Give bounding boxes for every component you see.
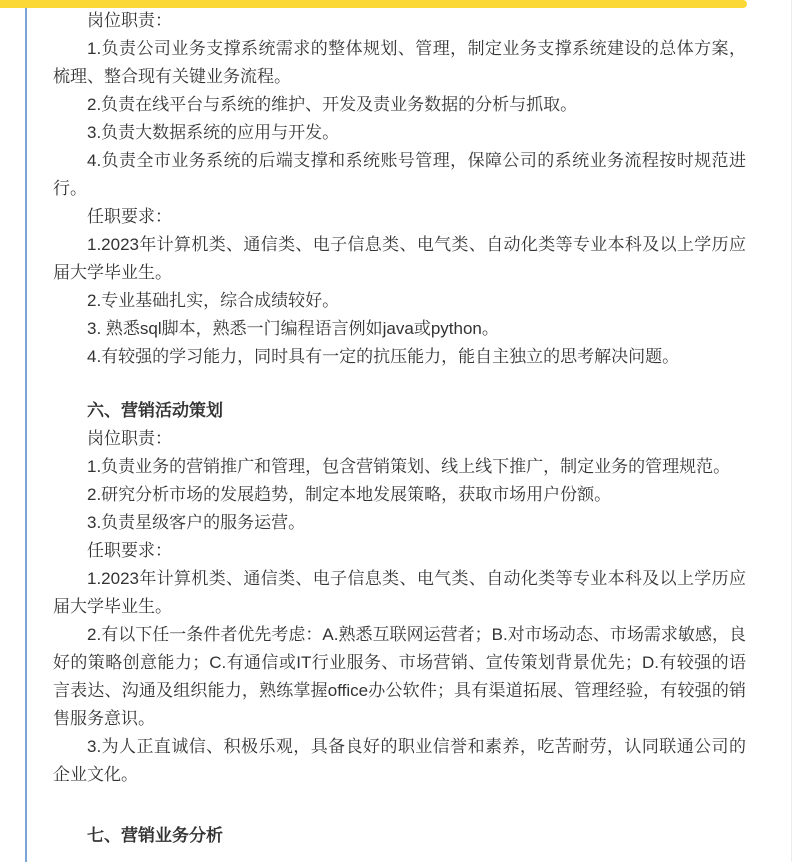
right-page-border — [791, 0, 792, 862]
list-item: 3.负责大数据系统的应用与开发。 — [53, 119, 746, 147]
top-accent-bar — [0, 0, 747, 8]
document-content: 岗位职责：1.负责公司业务支撑系统需求的整体规划、管理，制定业务支撑系统建设的总… — [53, 0, 746, 850]
section-label: 任职要求： — [53, 537, 746, 565]
page: 岗位职责：1.负责公司业务支撑系统需求的整体规划、管理，制定业务支撑系统建设的总… — [0, 0, 795, 862]
list-item: 1.2023年计算机类、通信类、电子信息类、电气类、自动化类等专业本科及以上学历… — [53, 231, 746, 287]
list-item: 2.负责在线平台与系统的维护、开发及责业务数据的分析与抓取。 — [53, 91, 746, 119]
list-item: 2.专业基础扎实，综合成绩较好。 — [53, 287, 746, 315]
list-item: 4.有较强的学习能力，同时具有一定的抗压能力，能自主独立的思考解决问题。 — [53, 343, 746, 371]
list-item: 4.负责全市业务系统的后端支撑和系统账号管理，保障公司的系统业务流程按时规范进行… — [53, 147, 746, 203]
list-item: 3.为人正直诚信、积极乐观，具备良好的职业信誉和素养，吃苦耐劳，认同联通公司的企… — [53, 733, 746, 789]
list-item: 2.研究分析市场的发展趋势，制定本地发展策略，获取市场用户份额。 — [53, 481, 746, 509]
section-label: 岗位职责： — [53, 425, 746, 453]
list-item: 1.负责业务的营销推广和管理，包含营销策划、线上线下推广，制定业务的管理规范。 — [53, 453, 746, 481]
list-item: 3.负责星级客户的服务运营。 — [53, 509, 746, 537]
left-vertical-rule — [25, 8, 27, 862]
section-label: 岗位职责： — [53, 7, 746, 35]
section-heading: 七、营销业务分析 — [53, 822, 746, 850]
section-label: 任职要求： — [53, 203, 746, 231]
section-heading: 六、营销活动策划 — [53, 397, 746, 425]
list-item: 1.负责公司业务支撑系统需求的整体规划、管理，制定业务支撑系统建设的总体方案，梳… — [53, 35, 746, 91]
list-item: 2.有以下任一条件者优先考虑：A.熟悉互联网运营者；B.对市场动态、市场需求敏感… — [53, 621, 746, 733]
list-item: 1.2023年计算机类、通信类、电子信息类、电气类、自动化类等专业本科及以上学历… — [53, 565, 746, 621]
list-item: 3. 熟悉sql脚本，熟悉一门编程语言例如java或python。 — [53, 315, 746, 343]
